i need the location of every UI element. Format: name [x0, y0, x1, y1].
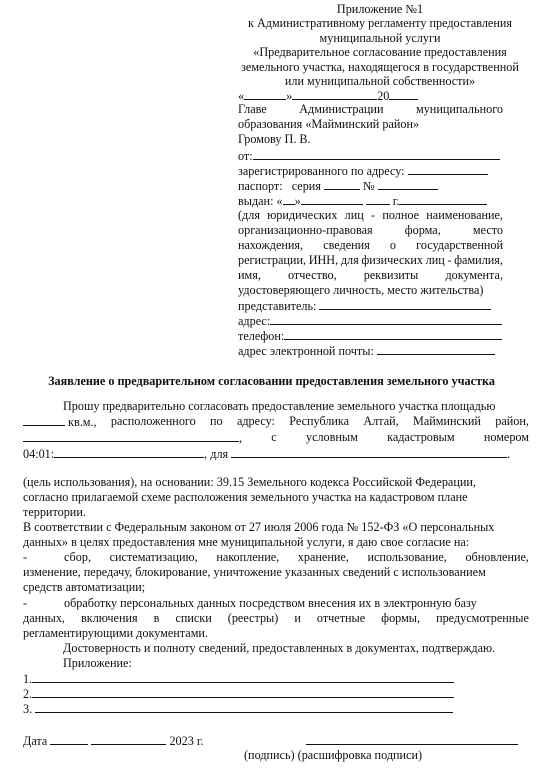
representative-field[interactable] [319, 298, 491, 310]
word: - [371, 208, 375, 223]
word: Алтай, [363, 414, 398, 430]
passport-series-field[interactable] [324, 178, 360, 190]
issued-by-field[interactable] [399, 193, 487, 205]
phone-field[interactable] [284, 328, 502, 340]
passport-number-field[interactable] [378, 178, 438, 190]
word: сбор, [64, 550, 91, 565]
area-group: кв.м., [23, 414, 97, 430]
word: государственной [416, 238, 503, 253]
area-field[interactable] [23, 414, 65, 426]
word: номером [484, 430, 529, 446]
word: Главе [238, 102, 267, 117]
bullet1-line3: средств автоматизации; [23, 580, 145, 595]
attachment-item: 3. [23, 701, 453, 717]
sign-date-month-field[interactable] [91, 733, 166, 745]
appendix-line: муниципальной услуги [230, 31, 530, 46]
note-line: регистрации,ИНН,дляфизическихлиц-фамилия… [238, 253, 503, 268]
attachment-number: 2. [23, 687, 32, 701]
word: отчество, [288, 268, 337, 283]
address-field[interactable] [270, 313, 502, 325]
attachment-item: 1. [23, 671, 454, 687]
word: отчетные [317, 611, 365, 626]
passport-row: паспорт: серия № [238, 178, 438, 194]
word: формы, [381, 611, 420, 626]
attachment-field[interactable] [32, 671, 454, 683]
word: (реестры) [228, 611, 279, 626]
word: лиц [426, 253, 445, 268]
para2-line3: территории. [23, 505, 86, 520]
address-row: адрес: [238, 313, 502, 329]
word: муниципального [416, 102, 503, 117]
para1-line3: ,сусловнымкадастровымномером [23, 430, 529, 446]
bullet2-line2: данных,включениявсписки(реестры)иотчетны… [23, 611, 529, 626]
word: реквизиты [364, 268, 419, 283]
para1-line1: Прошу предварительно согласовать предост… [63, 399, 495, 414]
word: в [154, 611, 160, 626]
purpose-field[interactable] [231, 446, 507, 458]
email-field[interactable] [377, 343, 495, 355]
signature-caption: (подпись) (расшифровка подписи) [244, 748, 422, 763]
word: данных, [23, 611, 65, 626]
attachment-number: 1. [23, 672, 32, 686]
word: о [390, 238, 396, 253]
word: ИНН, [309, 253, 338, 268]
phone-row: телефон: [238, 328, 502, 344]
bullet1-dash: - [23, 550, 27, 565]
note-line: нахождения,сведенияогосударственной [238, 238, 503, 253]
word: кадастровым [387, 430, 454, 446]
para1-line4: 04:01:, для . [23, 446, 510, 462]
application-title: Заявление о предварительном согласовании… [0, 374, 543, 389]
note-line: имя,отчество,реквизитыдокумента, [238, 268, 503, 283]
word: сведения [323, 238, 370, 253]
bullet2-dash: - [23, 596, 27, 611]
appendix-line: земельного участка, находящегося в госуд… [230, 60, 530, 75]
word: систематизацию, [110, 550, 198, 565]
addressee-line-2: образования «Майминский район» [238, 117, 419, 132]
registered-address-field[interactable] [408, 163, 488, 175]
appendix-line: «Предварительное согласование предоставл… [230, 45, 530, 60]
appendix-line: к Административному регламенту предостав… [230, 16, 530, 31]
word: включения [81, 611, 138, 626]
locality-group: , [23, 430, 242, 446]
date-sign-row: Дата 2023 г. [23, 733, 204, 749]
word: район, [495, 414, 529, 430]
word: лиц [345, 208, 364, 223]
issued-year-field[interactable] [366, 193, 390, 205]
word: Республика [289, 414, 349, 430]
bullet1-line2: изменение, передачу, блокирование, уничт… [23, 565, 486, 580]
word: предусмотренные [436, 611, 529, 626]
word: и [294, 611, 301, 626]
note-last-line: удостоверяющего личность, место жительст… [238, 283, 483, 298]
addressee-line-3: Громову П. В. [238, 132, 311, 147]
para2-line1: (цель использования), на основании: 39.1… [23, 475, 476, 490]
attachment-number: 3. [23, 702, 35, 716]
word: (для [238, 208, 260, 223]
word: - [447, 253, 451, 268]
confirmation: Достоверность и полноту сведений, предос… [63, 641, 495, 656]
bullet1-line1: сбор,систематизацию,накопление,хранение,… [64, 550, 529, 565]
date-day-field[interactable] [244, 88, 286, 100]
word: документа, [445, 268, 503, 283]
issued-day-field[interactable] [283, 193, 295, 205]
note-line: организационно-правоваяформа,место [238, 223, 503, 238]
sign-date-day-field[interactable] [50, 733, 88, 745]
date-year-field[interactable] [389, 88, 418, 100]
word: накопление, [216, 550, 279, 565]
signature-field[interactable] [306, 733, 518, 745]
issued-month-field[interactable] [301, 193, 363, 205]
word: списки [175, 611, 211, 626]
word: полное [382, 208, 419, 223]
word: юридических [267, 208, 337, 223]
word: расположенного [111, 414, 196, 430]
word: с [271, 430, 276, 446]
word: форма, [405, 223, 441, 238]
attachment-item: 2. [23, 686, 454, 702]
email-row: адрес электронной почты: [238, 343, 495, 359]
locality-field[interactable] [23, 430, 239, 442]
word: Майминский [413, 414, 481, 430]
word: хранение, [298, 550, 349, 565]
word: физических [361, 253, 423, 268]
bullet2-line1: обработку персональных данных посредство… [64, 596, 477, 611]
para2-line2: согласно прилагаемой схеме расположения … [23, 490, 468, 505]
bullet2-line3: регламентирующими документами. [23, 626, 208, 641]
word: использование, [367, 550, 446, 565]
word: адресу: [237, 414, 275, 430]
word: фамилия, [454, 253, 503, 268]
from-field[interactable] [253, 148, 500, 160]
attachments-label: Приложение: [63, 656, 132, 671]
word: место [473, 223, 503, 238]
word: нахождения, [238, 238, 303, 253]
from-row: от: [238, 148, 500, 164]
word: условным [306, 430, 358, 446]
word: по [210, 414, 223, 430]
appendix-line: или муниципальной собственности» [230, 74, 530, 89]
consent-line2: данных» в целях предоставления мне муниц… [23, 535, 469, 550]
word: для [341, 253, 359, 268]
consent-line1: В соответствии с Федеральным законом от … [23, 520, 494, 535]
word: наименование, [426, 208, 503, 223]
word: регистрации, [238, 253, 306, 268]
attachment-field[interactable] [35, 701, 453, 713]
issued-row: выдан: «» г. [238, 193, 487, 209]
word: имя, [238, 268, 261, 283]
date-month-field[interactable] [292, 88, 377, 100]
note-line: (дляюридическихлиц-полноенаименование, [238, 208, 503, 223]
appendix-title: Приложение №1 [230, 2, 530, 17]
signature-row [306, 733, 518, 749]
registered-row: зарегистрированного по адресу: [238, 163, 488, 179]
word: Администрации [299, 102, 383, 117]
attachment-field[interactable] [32, 686, 454, 698]
addressee-line-1: ГлавеАдминистрациимуниципального [238, 102, 503, 117]
word: обновление, [465, 550, 529, 565]
word: организационно-правовая [238, 223, 373, 238]
para1-line2: кв.м.,расположенногопоадресу:РеспубликаА… [23, 414, 529, 430]
representative-row: представитель: [238, 298, 491, 314]
cadastral-number-field[interactable] [54, 446, 204, 458]
